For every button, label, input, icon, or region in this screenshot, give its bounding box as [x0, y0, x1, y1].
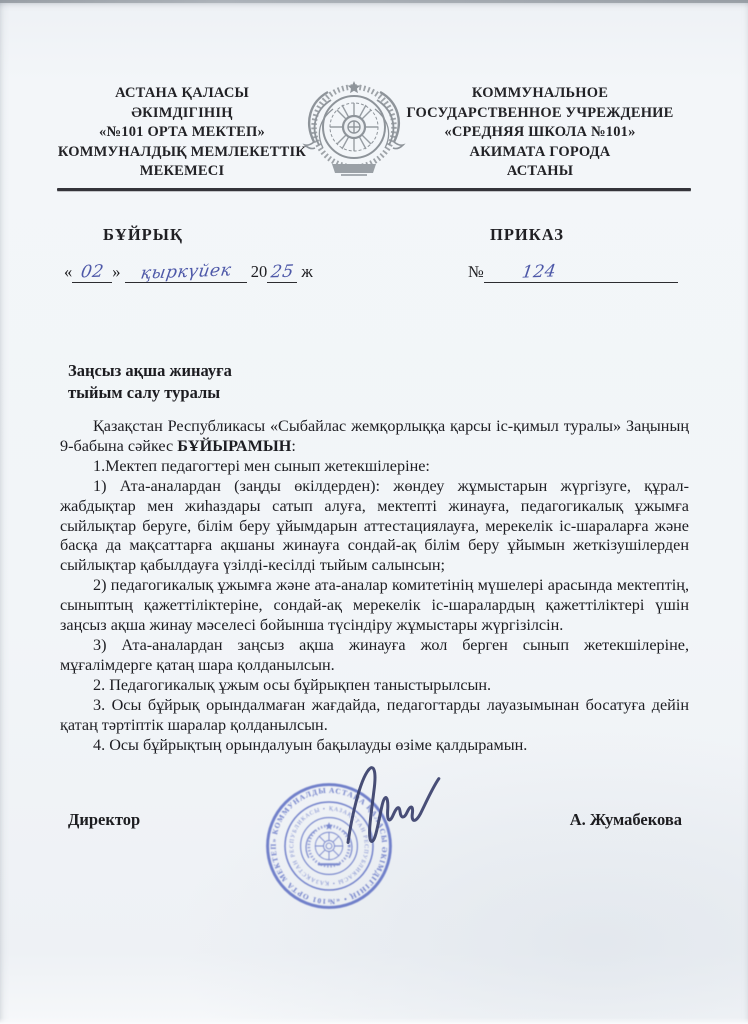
handwritten-month: қыркүйек: [139, 260, 232, 283]
letterhead-russian: КОММУНАЛЬНОЕ ГОСУДАРСТВЕННОЕ УЧРЕЖДЕНИЕ …: [388, 84, 692, 182]
intro-paragraph: Қазақстан Республикасы «Сыбайлас жемқорл…: [60, 417, 689, 457]
letterhead-ru-line: АКИМАТА ГОРОДА: [388, 143, 692, 163]
star-icon: [348, 81, 361, 93]
letterhead-ru-line: АСТАНЫ: [388, 162, 692, 182]
body-paragraph: 1.Мектеп педагогтері мен сынып жетекшіле…: [60, 457, 689, 477]
order-title-russian: ПРИКАЗ: [490, 225, 564, 245]
order-title-kazakh: БҰЙРЫҚ: [103, 225, 183, 245]
letterhead-kk-line: МЕКЕМЕСІ: [56, 162, 308, 182]
handwritten-day: 02: [79, 262, 105, 283]
order-date: «02» қыркүйек 2025 ж: [64, 262, 313, 283]
intro-text: Қазақстан Республикасы «Сыбайлас жемқорл…: [60, 417, 689, 455]
letterhead-divider: [57, 188, 691, 191]
letterhead-ru-line: «СРЕДНЯЯ ШКОЛА №101»: [388, 123, 692, 143]
letterhead-ru-line: ГОСУДАРСТВЕННОЕ УЧРЕЖДЕНИЕ: [388, 104, 692, 124]
order-body: Қазақстан Республикасы «Сыбайлас жемқорл…: [60, 417, 689, 755]
intro-colon: :: [291, 437, 296, 455]
emblem-banner: [332, 164, 376, 173]
quote-open: «: [64, 262, 72, 281]
subject-line: тыйым салу туралы: [68, 382, 232, 404]
intro-bold-word: БҰЙЫРАМЫН: [177, 437, 291, 455]
body-paragraph: 2. Педагогикалық ұжым осы бұйрықпен таны…: [60, 676, 689, 696]
director-signature: [334, 760, 444, 844]
order-subject: Заңсыз ақша жинауға тыйым салу туралы: [68, 360, 232, 404]
year-printed: 20: [251, 262, 268, 281]
letterhead-kk-line: ӘКІМДІГІНІҢ: [56, 104, 308, 124]
date-number-line: «02» қыркүйек 2025 ж №124: [0, 262, 748, 296]
body-paragraph: 1) Ата-аналардан (заңды өкілдерден): жөн…: [60, 477, 689, 577]
year-suffix: ж: [301, 262, 312, 281]
stamp-star-icon: [325, 822, 333, 829]
subject-line: Заңсыз ақша жинауға: [68, 360, 232, 382]
quote-close: »: [112, 262, 120, 281]
letterhead-kk-line: АСТАНА ҚАЛАСЫ: [56, 84, 308, 104]
letterhead-kazakh: АСТАНА ҚАЛАСЫ ӘКІМДІГІНІҢ «№101 ОРТА МЕК…: [56, 84, 308, 182]
order-number: №124: [468, 262, 678, 283]
number-label: №: [468, 262, 484, 281]
handwritten-number: 124: [520, 261, 557, 282]
letterhead-kk-line: «№101 ОРТА МЕКТЕП»: [56, 123, 308, 143]
letterhead-kk-line: КОММУНАЛДЫҚ МЕМЛЕКЕТТІК: [56, 143, 308, 163]
body-paragraph: 4. Осы бұйрықтың орындалуын бақылауды өз…: [60, 736, 689, 756]
signer-name: А. Жумабекова: [570, 810, 682, 830]
body-paragraph: 2) педагогикалық ұжымға және ата-аналар …: [60, 576, 689, 636]
scanned-order-document: АСТАНА ҚАЛАСЫ ӘКІМДІГІНІҢ «№101 ОРТА МЕК…: [0, 0, 748, 1024]
scan-top-edge: [0, 0, 748, 3]
body-paragraph: 3. Осы бұйрық орындалмаған жағдайда, пед…: [60, 696, 689, 736]
body-paragraph: 3) Ата-аналардан заңсыз ақша жинауға жол…: [60, 636, 689, 676]
handwritten-year: 25: [269, 262, 295, 283]
scan-bottom-edge: [0, 1018, 748, 1024]
signer-role: Директор: [68, 810, 140, 830]
letterhead-ru-line: КОММУНАЛЬНОЕ: [388, 84, 692, 104]
